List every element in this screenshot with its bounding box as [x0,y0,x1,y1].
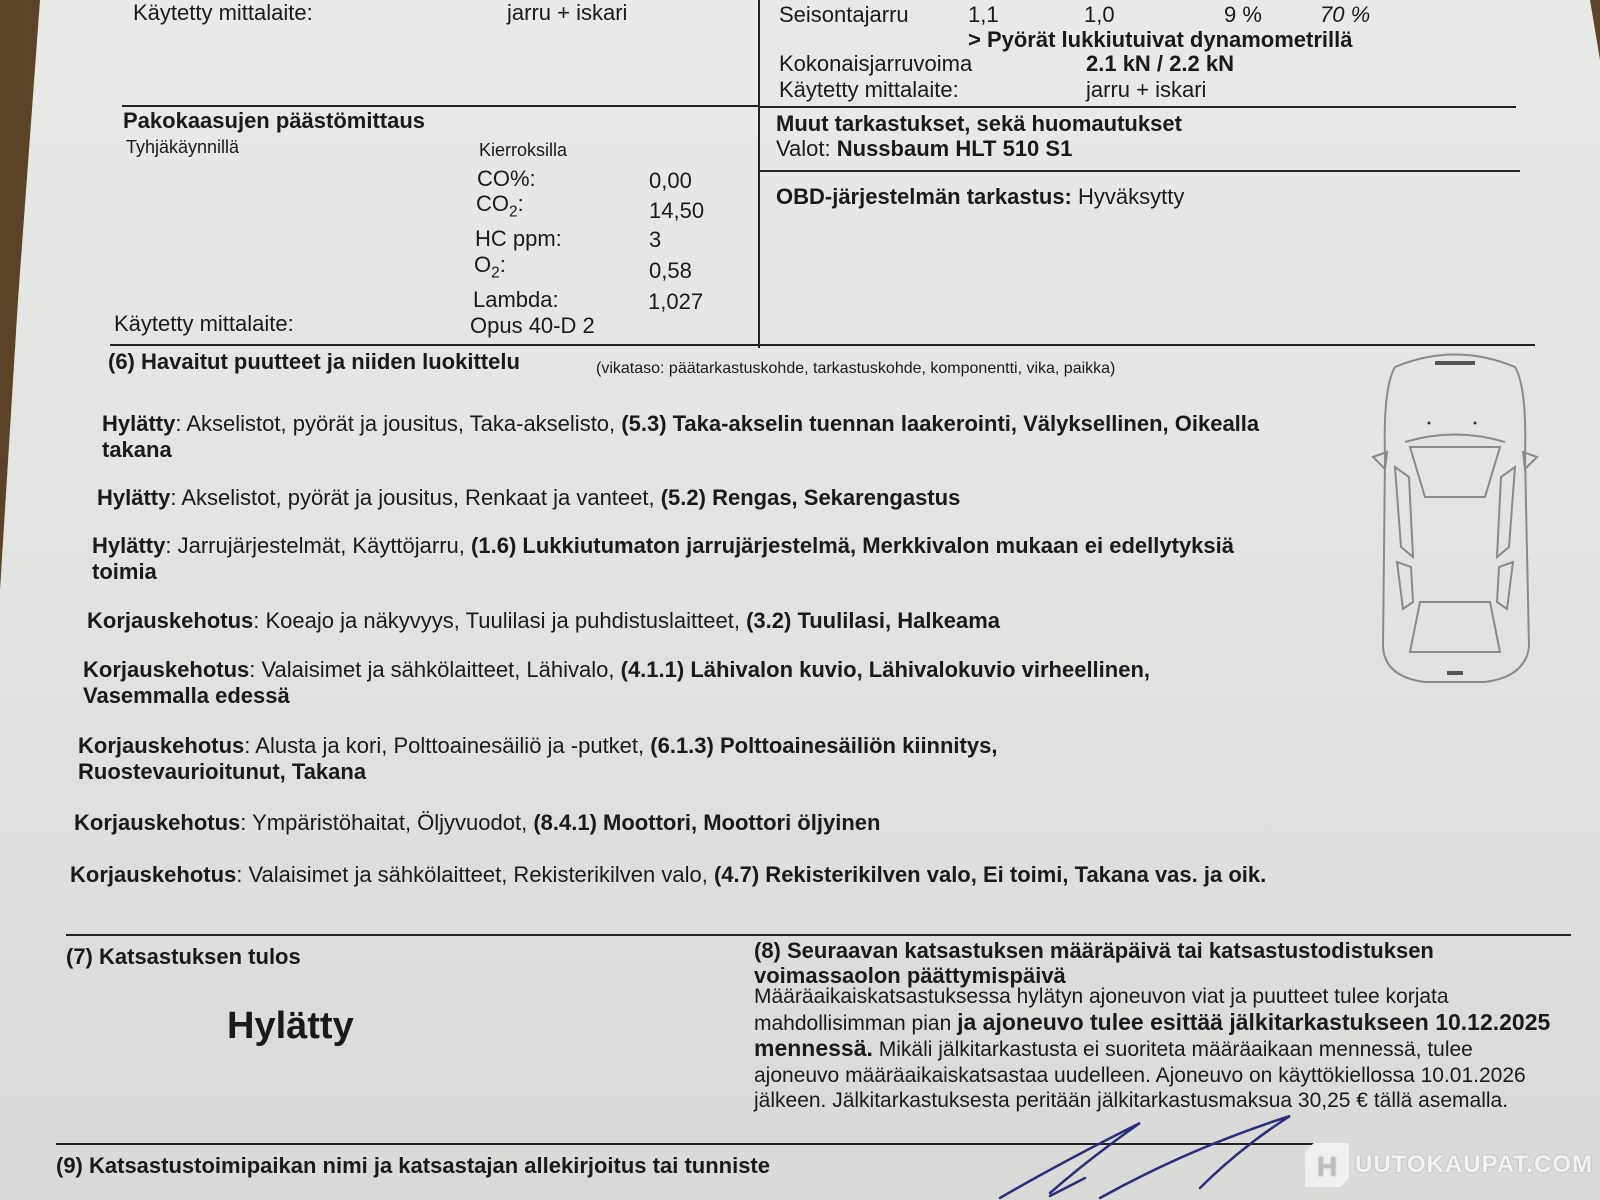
divider [66,934,1571,936]
defect-detail: (4.7) Rekisterikilven valo, Ei toimi, Ta… [714,862,1266,887]
lights-value: Nussbaum HLT 510 S1 [837,136,1073,161]
obd-check: OBD-järjestelmän tarkastus: Hyväksytty [776,184,1184,210]
defect-item: Korjauskehotus: Ympäristöhaitat, Öljyvuo… [74,810,1274,836]
next-inspection-title: (8) Seuraavan katsastuksen määräpäivä ta… [754,938,1574,988]
o2-label-main: O [474,252,491,277]
defect-level: Korjauskehotus [83,657,249,682]
defect-area: : Akselistot, pyörät ja jousitus, Renkaa… [170,485,660,510]
defect-item: Korjauskehotus: Koeajo ja näkyvyys, Tuul… [87,608,1287,634]
defect-item: Hylätty: Akselistot, pyörät ja jousitus,… [97,485,1297,511]
defect-level: Hylätty [97,485,170,510]
divider [122,105,758,107]
co-percent-label: CO%: [477,166,536,192]
total-brake-force-value: 2.1 kN / 2.2 kN [1086,51,1234,77]
co2-label-subscript: 2 [509,203,518,220]
o2-value: 0,58 [649,258,692,284]
defect-detail: (3.2) Tuulilasi, Halkeama [746,608,1000,633]
defect-area: : Valaisimet ja sähkölaitteet, Rekisteri… [236,862,714,887]
parking-brake-value-1: 1,1 [968,2,999,28]
defect-area: : Jarrujärjestelmät, Käyttöjarru, [165,533,471,558]
signature-scribble [990,1108,1320,1200]
result-value: Hylätty [227,1005,354,1048]
other-checks-title: Muut tarkastukset, sekä huomautukset [776,111,1182,137]
defect-detail: (8.4.1) Moottori, Moottori öljyinen [533,810,880,835]
watermark-logo: H UUTOKAUPAT.COM [1305,1143,1593,1187]
o2-label-suffix: : [500,252,506,277]
parking-brake-value-2: 1,0 [1084,2,1115,28]
right-brake-device-value: jarru + iskari [1086,77,1206,103]
divider [758,170,1520,172]
idle-label: Tyhjäkäynnillä [126,137,239,158]
brake-device-value: jarru + iskari [507,0,627,26]
emissions-title: Pakokaasujen päästömittaus [123,108,425,134]
defect-item: Korjauskehotus: Valaisimet ja sähkölaitt… [70,862,1285,888]
obd-label: OBD-järjestelmän tarkastus: [776,184,1072,209]
parking-brake-value-3: 9 % [1224,2,1262,28]
next-inspection-body: Määräaikaiskatsastuksessa hylätyn ajoneu… [754,984,1554,1114]
signature-title: (9) Katsastustoimipaikan nimi ja katsast… [56,1153,770,1179]
logo-letter: H [1317,1151,1338,1183]
defect-level: Hylätty [102,411,175,436]
right-brake-device-label: Käytetty mittalaite: [779,77,959,103]
lights-label: Valot: [776,136,831,161]
inspection-certificate-page: Käytetty mittalaite: jarru + iskari Seis… [0,0,1600,1200]
emissions-device-value: Opus 40-D 2 [470,313,595,339]
defect-item: Hylätty: Jarrujärjestelmät, Käyttöjarru,… [92,533,1272,585]
defects-title: (6) Havaitut puutteet ja niiden luokitte… [108,349,520,375]
result-title: (7) Katsastuksen tulos [66,944,301,970]
defects-subtitle: (vikataso: päätarkastuskohde, tarkastusk… [596,360,1115,378]
defect-level: Korjauskehotus [70,862,236,887]
hc-ppm-label: HC ppm: [475,226,562,252]
co2-label-main: CO [476,191,509,216]
defect-area: : Valaisimet ja sähkölaitteet, Lähivalo, [249,657,620,682]
brake-device-label: Käytetty mittalaite: [133,0,313,26]
o2-label: O2: [474,252,506,282]
cube-logo-icon: H [1305,1143,1349,1187]
rpm-label: Kierroksilla [479,140,567,161]
defect-item: Korjauskehotus: Alusta ja kori, Polttoai… [78,733,1208,785]
defect-level: Korjauskehotus [78,733,244,758]
total-brake-force-label: Kokonaisjarruvoima [779,51,972,77]
o2-label-subscript: 2 [491,264,500,281]
lights-device: Valot: Nussbaum HLT 510 S1 [776,136,1072,162]
defect-item: Hylätty: Akselistot, pyörät ja jousitus,… [102,411,1302,463]
defect-level: Hylätty [92,533,165,558]
defect-area: : Akselistot, pyörät ja jousitus, Taka-a… [175,411,621,436]
emissions-device-label: Käytetty mittalaite: [114,311,294,337]
defect-area: : Koeajo ja näkyvyys, Tuulilasi ja puhdi… [253,608,746,633]
lambda-label: Lambda: [473,287,559,313]
co-percent-value: 0,00 [649,168,692,194]
obd-value: Hyväksytty [1078,184,1184,209]
column-divider [758,0,760,348]
co2-value: 14,50 [649,198,704,224]
parking-brake-value-4: 70 % [1320,2,1370,28]
watermark-text: UUTOKAUPAT.COM [1355,1151,1593,1179]
defect-item: Korjauskehotus: Valaisimet ja sähkölaitt… [83,657,1203,709]
defect-area: : Alusta ja kori, Polttoainesäiliö ja -p… [244,733,650,758]
hc-ppm-value: 3 [649,227,661,253]
defect-level: Korjauskehotus [87,608,253,633]
lambda-value: 1,027 [648,289,703,315]
divider [110,344,1535,346]
co2-label: CO2: [476,191,524,221]
defect-area: : Ympäristöhaitat, Öljyvuodot, [240,810,533,835]
car-top-view-icon [1365,347,1545,692]
wheels-locked-note: > Pyörät lukkiutuivat dynamometrillä [968,27,1353,53]
defect-detail: (5.2) Rengas, Sekarengastus [661,485,961,510]
parking-brake-label: Seisontajarru [779,2,909,28]
co2-label-suffix: : [518,191,524,216]
defect-level: Korjauskehotus [74,810,240,835]
divider [758,106,1516,108]
